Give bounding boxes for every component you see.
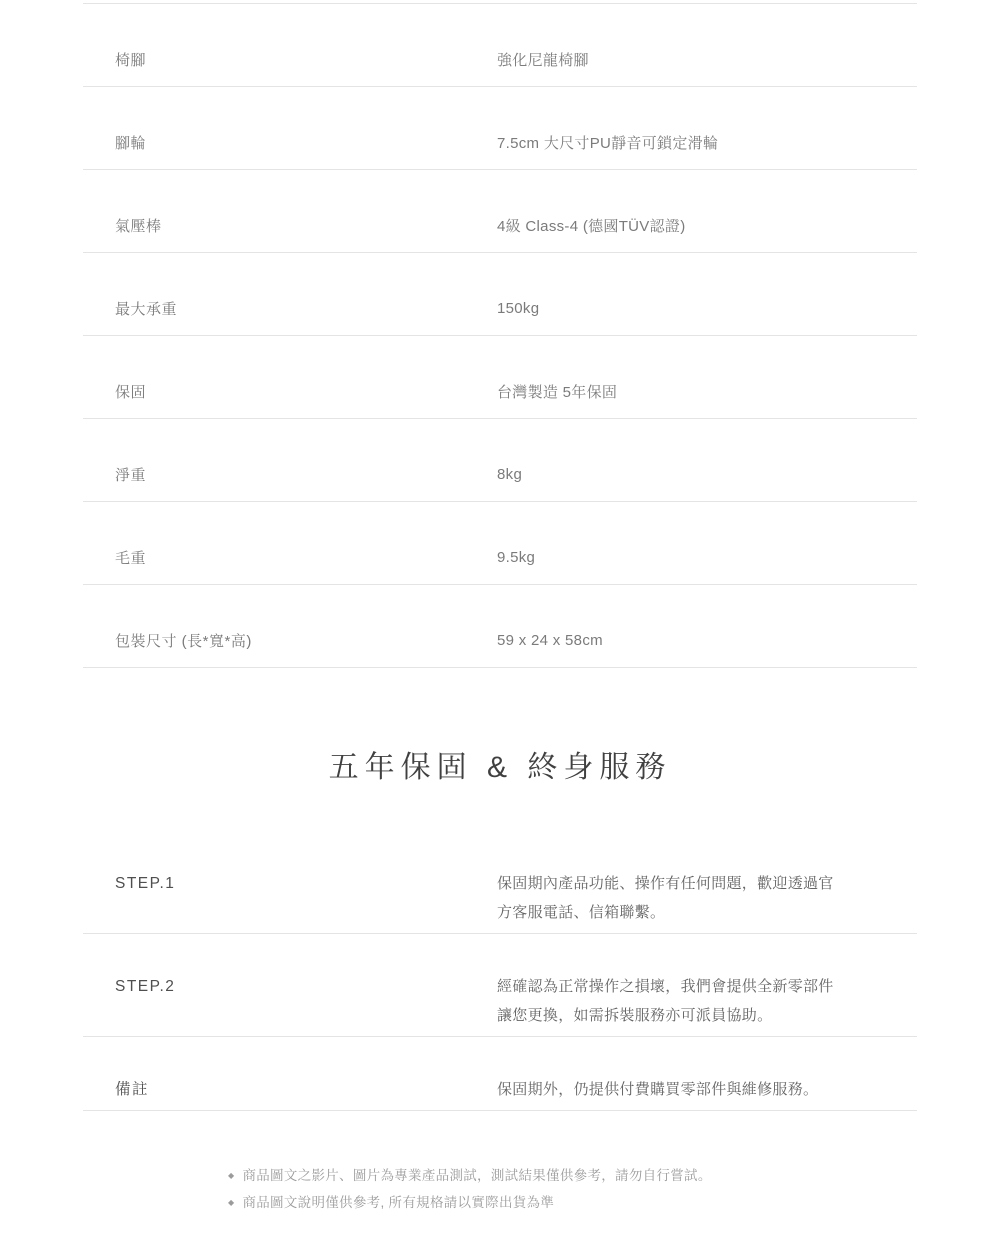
spec-row-gas-lift: 氣壓棒 4級 Class-4 (德國TÜV認證) (83, 170, 917, 253)
warranty-section-title: 五年保固 & 終身服務 (83, 748, 917, 787)
description-line: 讓您更換，如需拆裝服務亦可派員協助。 (497, 1001, 917, 1030)
spec-label: 腳輪 (115, 132, 497, 153)
spec-value: 4級 Class-4 (德國TÜV認證) (497, 215, 917, 236)
description-line: 保固期內產品功能、操作有任何問題，歡迎透過官 (497, 869, 917, 898)
spec-value: 150kg (497, 300, 917, 317)
footnotes: ◆ 商品圖文之影片、圖片為專業產品測試，測試結果僅供參考，請勿自行嘗試。 ◆ 商… (228, 1163, 917, 1217)
spec-value: 8kg (497, 466, 917, 483)
spec-table: 椅腳 強化尼龍椅腳 腳輪 7.5cm 大尺寸PU靜音可鎖定滑輪 氣壓棒 4級 C… (83, 3, 917, 668)
service-row-step2: STEP.2 經確認為正常操作之損壞，我們會提供全新零部件 讓您更換，如需拆裝服… (83, 934, 917, 1037)
diamond-bullet-icon: ◆ (228, 1163, 234, 1188)
step-description: 經確認為正常操作之損壞，我們會提供全新零部件 讓您更換，如需拆裝服務亦可派員協助… (497, 972, 917, 1030)
spec-row-max-load: 最大承重 150kg (83, 253, 917, 336)
spec-row-net-weight: 淨重 8kg (83, 419, 917, 502)
footnote-text: 商品圖文之影片、圖片為專業產品測試，測試結果僅供參考，請勿自行嘗試。 (242, 1163, 711, 1188)
description-line: 經確認為正常操作之損壞，我們會提供全新零部件 (497, 972, 917, 1001)
description-line: 保固期外，仍提供付費購買零部件與維修服務。 (497, 1075, 917, 1104)
step-label: STEP.2 (115, 972, 497, 1030)
step-label: STEP.1 (115, 869, 497, 927)
spec-value: 強化尼龍椅腳 (497, 49, 917, 70)
diamond-bullet-icon: ◆ (228, 1190, 234, 1215)
spec-label: 淨重 (115, 464, 497, 485)
footnote-item: ◆ 商品圖文說明僅供參考, 所有規格請以實際出貨為準 (228, 1190, 917, 1217)
spec-row-casters: 腳輪 7.5cm 大尺寸PU靜音可鎖定滑輪 (83, 87, 917, 170)
spec-label: 最大承重 (115, 298, 497, 319)
spec-value: 7.5cm 大尺寸PU靜音可鎖定滑輪 (497, 132, 917, 153)
product-spec-page: 椅腳 強化尼龍椅腳 腳輪 7.5cm 大尺寸PU靜音可鎖定滑輪 氣壓棒 4級 C… (83, 0, 917, 1217)
spec-value: 台灣製造 5年保固 (497, 381, 917, 402)
spec-row-warranty: 保固 台灣製造 5年保固 (83, 336, 917, 419)
service-row-remark: 備註 保固期外，仍提供付費購買零部件與維修服務。 (83, 1037, 917, 1111)
service-row-step1: STEP.1 保固期內產品功能、操作有任何問題，歡迎透過官 方客服電話、信箱聯繫… (83, 831, 917, 934)
spec-label: 毛重 (115, 547, 497, 568)
step-description: 保固期內產品功能、操作有任何問題，歡迎透過官 方客服電話、信箱聯繫。 (497, 869, 917, 927)
description-line: 方客服電話、信箱聯繫。 (497, 898, 917, 927)
footnote-item: ◆ 商品圖文之影片、圖片為專業產品測試，測試結果僅供參考，請勿自行嘗試。 (228, 1163, 917, 1190)
remark-description: 保固期外，仍提供付費購買零部件與維修服務。 (497, 1075, 917, 1104)
remark-label: 備註 (115, 1075, 497, 1104)
service-table: STEP.1 保固期內產品功能、操作有任何問題，歡迎透過官 方客服電話、信箱聯繫… (83, 831, 917, 1111)
spec-row-chair-base: 椅腳 強化尼龍椅腳 (83, 4, 917, 87)
spec-label: 包裝尺寸 (長*寬*高) (115, 630, 497, 651)
spec-label: 椅腳 (115, 49, 497, 70)
spec-row-package-size: 包裝尺寸 (長*寬*高) 59 x 24 x 58cm (83, 585, 917, 668)
spec-label: 保固 (115, 381, 497, 402)
spec-label: 氣壓棒 (115, 215, 497, 236)
footnote-text: 商品圖文說明僅供參考, 所有規格請以實際出貨為準 (242, 1190, 554, 1215)
spec-row-gross-weight: 毛重 9.5kg (83, 502, 917, 585)
spec-value: 9.5kg (497, 549, 917, 566)
spec-value: 59 x 24 x 58cm (497, 632, 917, 649)
